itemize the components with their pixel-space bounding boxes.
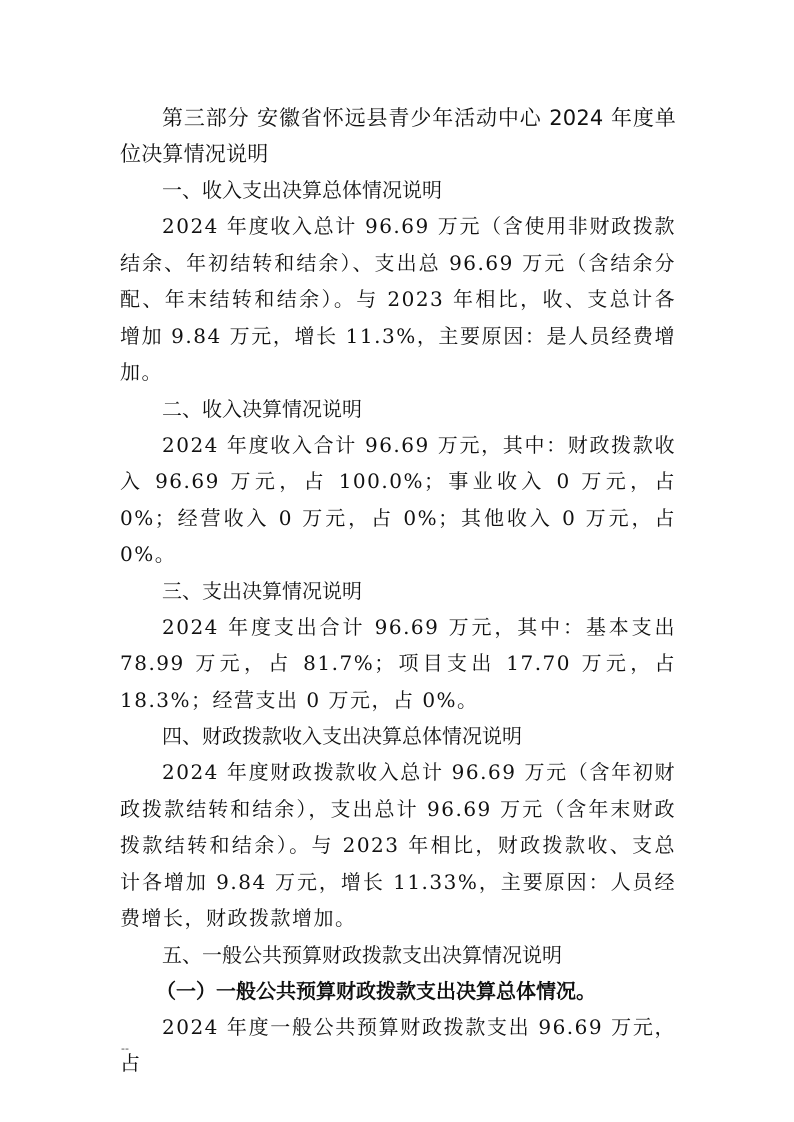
- section-heading-3: 三、支出决算情况说明: [120, 573, 676, 609]
- document-title: 第三部分 安徽省怀远县青少年活动中心 2024 年度单位决算情况说明: [120, 100, 676, 172]
- section-body-3: 2024 年度支出合计 96.69 万元，其中：基本支出 78.99 万元，占 …: [120, 609, 676, 719]
- section-heading-4: 四、财政拨款收入支出决算总体情况说明: [120, 718, 676, 754]
- section-heading-1: 一、收入支出决算总体情况说明: [120, 172, 676, 208]
- section-body-2: 2024 年度收入合计 96.69 万元，其中：财政拨款收入 96.69 万元，…: [120, 427, 676, 573]
- section-body-1: 2024 年度收入总计 96.69 万元（含使用非财政拨款结余、年初结转和结余）…: [120, 208, 676, 391]
- footer-mark: --: [121, 1042, 129, 1055]
- section-heading-2: 二、收入决算情况说明: [120, 391, 676, 427]
- section-body-4: 2024 年度财政拨款收入总计 96.69 万元（含年初财政拨款结转和结余），支…: [120, 754, 676, 937]
- section-subheading-5-1: （一）一般公共预算财政拨款支出决算总体情况。: [120, 973, 676, 1009]
- document-page: 第三部分 安徽省怀远县青少年活动中心 2024 年度单位决算情况说明 一、收入支…: [120, 100, 676, 1082]
- section-body-5: 2024 年度一般公共预算财政拨款支出 96.69 万元，占: [120, 1009, 676, 1082]
- section-heading-5: 五、一般公共预算财政拨款支出决算情况说明: [120, 937, 676, 973]
